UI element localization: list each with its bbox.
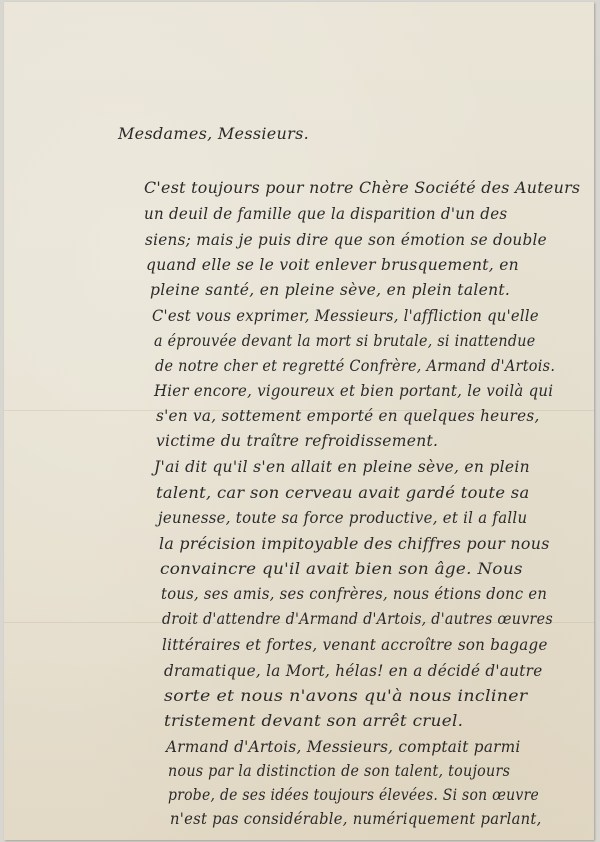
letter-line-10: s'en va, sottement emporté en quelques h… bbox=[156, 407, 540, 425]
letter-line-16: convaincre qu'il avait bien son âge. Nou… bbox=[160, 560, 523, 578]
letter-line-25: probe, de ses idées toujours élevées. Si… bbox=[168, 786, 539, 804]
letter-line-1: C'est toujours pour notre Chère Société … bbox=[144, 179, 580, 197]
letter-line-17: tous, ses amis, ses confrères, nous étio… bbox=[161, 585, 547, 603]
salutation: Mesdames, Messieurs. bbox=[118, 124, 309, 143]
letter-line-3: siens; mais je puis dire que son émotion… bbox=[145, 231, 547, 249]
letter-line-4: quand elle se le voit enlever brusquemen… bbox=[146, 256, 519, 274]
letter-line-26: n'est pas considérable, numériquement pa… bbox=[170, 810, 542, 828]
letter-line-13: talent, car son cerveau avait gardé tout… bbox=[156, 484, 529, 502]
letter-line-15: la précision impitoyable des chiffres po… bbox=[159, 535, 550, 553]
letter-line-18: droit d'attendre d'Armand d'Artois, d'au… bbox=[162, 610, 553, 628]
letter-line-19: littéraires et fortes, venant accroître … bbox=[162, 636, 548, 654]
letter-line-9: Hier encore, vigoureux et bien portant, … bbox=[154, 382, 553, 400]
letter-line-24: nous par la distinction de son talent, t… bbox=[168, 762, 510, 780]
letter-line-14: jeunesse, toute sa force productive, et … bbox=[158, 509, 527, 527]
letter-page: Mesdames, Messieurs. C'est toujours pour… bbox=[4, 2, 594, 840]
letter-line-12: J'ai dit qu'il s'en allait en pleine sèv… bbox=[154, 458, 530, 476]
letter-line-11: victime du traître refroidissement. bbox=[156, 432, 438, 450]
letter-line-2: un deuil de famille que la disparition d… bbox=[144, 205, 507, 223]
letter-line-8: de notre cher et regretté Confrère, Arma… bbox=[155, 357, 555, 375]
letter-line-21: sorte et nous n'avons qu'à nous incliner bbox=[164, 687, 528, 705]
letter-line-20: dramatique, la Mort, hélas! en a décidé … bbox=[164, 662, 543, 680]
letter-line-22: tristement devant son arrêt cruel. bbox=[164, 712, 463, 730]
letter-line-7: a éprouvée devant la mort si brutale, si… bbox=[154, 332, 535, 350]
letter-line-6: C'est vous exprimer, Messieurs, l'afflic… bbox=[152, 307, 539, 325]
letter-line-5: pleine santé, en pleine sève, en plein t… bbox=[150, 281, 510, 299]
letter-line-23: Armand d'Artois, Messieurs, comptait par… bbox=[166, 738, 521, 756]
